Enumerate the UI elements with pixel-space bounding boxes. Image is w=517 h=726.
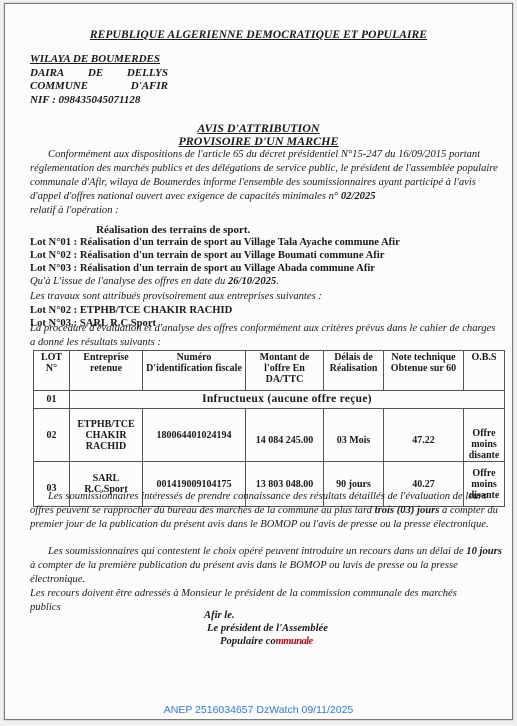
notice-paragraph-consultation: Les soumissionnaires intéressés de prend… bbox=[30, 490, 502, 532]
commune-name: D'AFIR bbox=[131, 80, 168, 92]
nif-line: NIF : 098435045071128 bbox=[30, 94, 140, 106]
notice-title-line2: PROVISOIRE D'UN MARCHE bbox=[0, 134, 517, 149]
cell-delai: 03 Mois bbox=[324, 409, 384, 462]
table-header-row: LOT N° Entreprise retenue Numéro D'ident… bbox=[34, 351, 505, 391]
cell-infructueux: Infructueux (aucune offre reçue) bbox=[70, 391, 505, 409]
results-table: LOT N° Entreprise retenue Numéro D'ident… bbox=[33, 350, 505, 507]
cell-obs: Offre moins disante bbox=[464, 409, 505, 462]
lot-description: Lot N°02 : Réalisation d'un terrain de s… bbox=[30, 250, 384, 261]
lot-description: Lot N°03 : Réalisation d'un terrain de s… bbox=[30, 263, 375, 274]
col-header-delai: Délais de Réalisation bbox=[324, 351, 384, 391]
analysis-date: 26/10/2025 bbox=[228, 276, 276, 287]
col-header-note: Note technique Obtenue sur 60 bbox=[384, 351, 464, 391]
redaction-mark: mmunale bbox=[276, 636, 313, 647]
signature-title-line1: Le président de l'Assemblée bbox=[207, 623, 328, 634]
signature-place: Afir le. bbox=[204, 610, 235, 621]
intro-paragraph: Conformément aux dispositions de l'artic… bbox=[30, 148, 498, 218]
signature-title-line2: Populaire communale bbox=[220, 636, 313, 647]
daira-line: DAIRA DE DELLYS bbox=[30, 67, 168, 79]
wilaya-line: WILAYA DE BOUMERDES bbox=[30, 53, 160, 65]
col-header-entreprise: Entreprise retenue bbox=[70, 351, 143, 391]
tender-number: 02/2025 bbox=[341, 191, 376, 202]
cell-lot: 02 bbox=[34, 409, 70, 462]
commune-label: COMMUNE bbox=[30, 80, 88, 92]
notice-paragraph-recours: Les soumissionnaires qui contestent le c… bbox=[30, 545, 504, 587]
col-header-lot: LOT N° bbox=[34, 351, 70, 391]
daira-de: DE bbox=[88, 67, 103, 79]
daira-label: DAIRA bbox=[30, 67, 64, 79]
lot-description: Lot N°01 : Réalisation d'un terrain de s… bbox=[30, 237, 400, 248]
procedure-paragraph: La procédure d'évaluation et d'analyse d… bbox=[30, 322, 500, 350]
table-row: 02 ETPHB/TCE CHAKIR RACHID 1800644010241… bbox=[34, 409, 505, 462]
daira-name: DELLYS bbox=[127, 67, 168, 79]
cell-nif: 180064401024194 bbox=[143, 409, 246, 462]
attributed-intro: Les travaux sont attribués provisoiremen… bbox=[30, 291, 322, 302]
operation-title: Réalisation des terrains de sport. bbox=[96, 224, 250, 236]
cell-entreprise: ETPHB/TCE CHAKIR RACHID bbox=[70, 409, 143, 462]
commune-line: COMMUNE D'AFIR bbox=[30, 80, 168, 92]
republic-heading: REPUBLIQUE ALGERIENNE DEMOCRATIQUE ET PO… bbox=[0, 29, 517, 41]
notice-paragraph-adresse: Les recours doivent être adressés à Mons… bbox=[30, 587, 480, 615]
cell-montant: 14 084 245.00 bbox=[246, 409, 324, 462]
col-header-montant: Montant de l'offre En DA/TTC bbox=[246, 351, 324, 391]
col-header-nif: Numéro D'identification fiscale bbox=[143, 351, 246, 391]
cell-lot: 01 bbox=[34, 391, 70, 409]
anep-watermark: ANEP 2516034657 DzWatch 09/11/2025 bbox=[0, 704, 517, 716]
analysis-date-line: Qu'à L'issue de l'analyse des offres en … bbox=[30, 276, 279, 287]
col-header-obs: O.B.S bbox=[464, 351, 505, 391]
attributed-lot: Lot N°02 : ETPHB/TCE CHAKIR RACHID bbox=[30, 305, 232, 316]
table-row: 01 Infructueux (aucune offre reçue) bbox=[34, 391, 505, 409]
cell-note: 47.22 bbox=[384, 409, 464, 462]
